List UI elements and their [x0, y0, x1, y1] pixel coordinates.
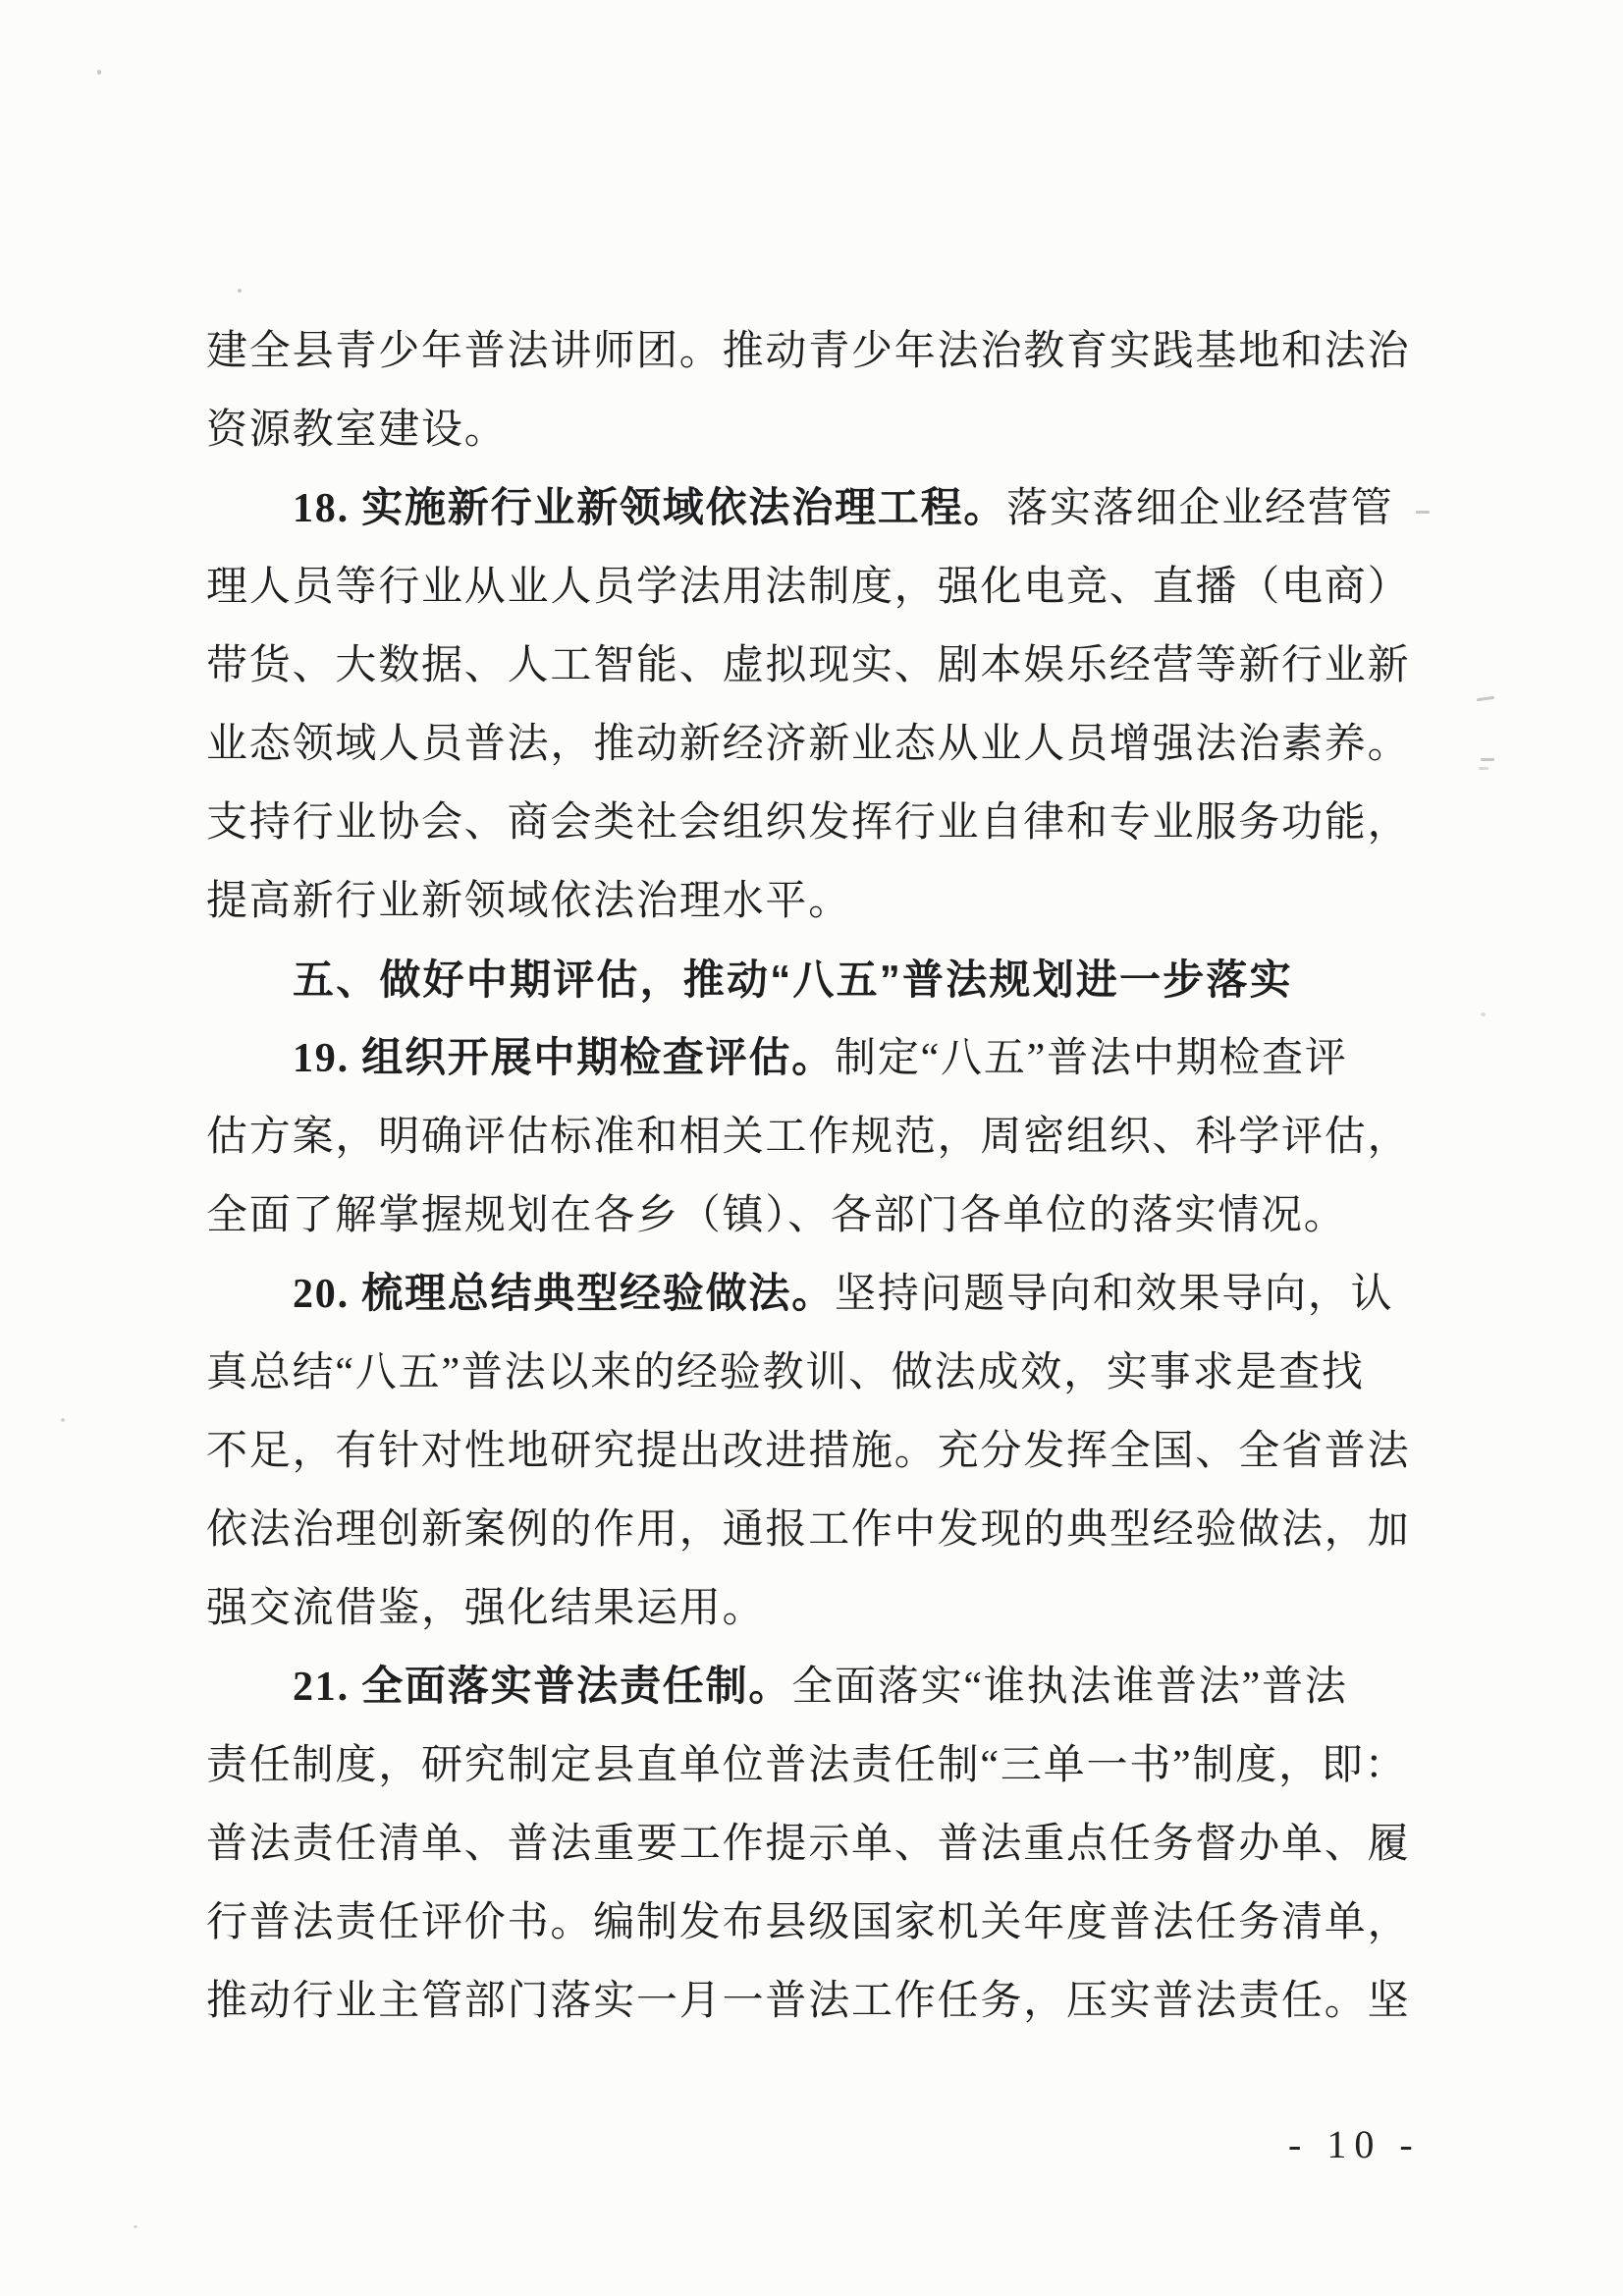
text-line-paragraph-start: 21. 全面落实普法责任制。全面落实“谁执法谁普法”普法	[206, 1648, 1424, 1726]
text-line: 支持行业协会、商会类社会组织发挥行业自律和专业服务功能，	[206, 784, 1424, 862]
text-line: 强交流借鉴，强化结果运用。	[206, 1569, 1424, 1648]
scan-speck	[1481, 1012, 1486, 1016]
paragraph-lead-20: 20. 梳理总结典型经验做法。	[293, 1272, 835, 1317]
line-text: 建全县青少年普法讲师团。推动青少年法治教育实践基地和法治	[206, 329, 1410, 374]
line-text: 真总结“八五”普法以来的经验教训、做法成效，实事求是查找	[206, 1350, 1365, 1395]
line-text: 带货、大数据、人工智能、虚拟现实、剧本娱乐经营等新行业新	[206, 643, 1410, 688]
text-line-paragraph-start: 19. 组织开展中期检查评估。制定“八五”普法中期检查评	[206, 1019, 1424, 1098]
scanned-document-page: 建全县青少年普法讲师团。推动青少年法治教育实践基地和法治 资源教室建设。 18.…	[0, 0, 1623, 2296]
line-text: 依法治理创新案例的作用，通报工作中发现的典型经验做法，加	[206, 1507, 1410, 1553]
line-text: 制定“八五”普法中期检查评	[835, 1036, 1348, 1081]
scan-speck	[238, 289, 242, 293]
scan-speck	[61, 1418, 65, 1422]
line-text: 全面落实“谁执法谁普法”普法	[791, 1665, 1347, 1710]
paragraph-lead-19: 19. 组织开展中期检查评估。	[293, 1036, 835, 1081]
line-text: 支持行业协会、商会类社会组织发挥行业自律和专业服务功能，	[206, 800, 1410, 846]
text-line: 依法治理创新案例的作用，通报工作中发现的典型经验做法，加	[206, 1491, 1424, 1569]
text-line: 责任制度，研究制定县直单位普法责任制“三单一书”制度，即：	[206, 1726, 1424, 1805]
line-text: 坚持问题导向和效果导向，认	[835, 1272, 1393, 1317]
text-line: 推动行业主管部门落实一月一普法工作任务，压实普法责任。坚	[206, 1962, 1424, 2041]
text-line: 全面了解掌握规划在各乡（镇）、各部门各单位的落实情况。	[206, 1176, 1424, 1255]
text-line: 业态领域人员普法，推动新经济新业态从业人员增强法治素养。	[206, 705, 1424, 784]
scan-speck	[1481, 758, 1494, 761]
section-heading-text: 五、做好中期评估，推动“八五”普法规划进一步落实	[293, 957, 1293, 1003]
text-line: 理人员等行业从业人员学法用法制度，强化电竞、直播（电商）	[206, 548, 1424, 627]
line-text: 理人员等行业从业人员学法用法制度，强化电竞、直播（电商）	[206, 565, 1410, 610]
scan-speck	[1479, 767, 1488, 770]
line-text: 责任制度，研究制定县直单位普法责任制“三单一书”制度，即：	[206, 1743, 1408, 1788]
scan-speck	[97, 70, 101, 75]
paragraph-lead-21: 21. 全面落实普法责任制。	[293, 1665, 791, 1710]
line-text: 资源教室建设。	[206, 408, 508, 453]
line-text: 提高新行业新领域依法治理水平。	[206, 879, 851, 924]
line-text: 普法责任清单、普法重要工作提示单、普法重点任务督办单、履	[206, 1822, 1410, 1867]
paragraph-lead-18: 18. 实施新行业新领域依法治理工程。	[293, 486, 1006, 531]
text-line: 不足，有针对性地研究提出改进措施。充分发挥全国、全省普法	[206, 1412, 1424, 1491]
text-line-paragraph-start: 20. 梳理总结典型经验做法。坚持问题导向和效果导向，认	[206, 1255, 1424, 1334]
text-line: 普法责任清单、普法重要工作提示单、普法重点任务督办单、履	[206, 1805, 1424, 1884]
scan-speck	[134, 2225, 137, 2228]
scan-speck	[1477, 696, 1494, 701]
text-line: 行普法责任评价书。编制发布县级国家机关年度普法任务清单，	[206, 1884, 1424, 1962]
text-line: 提高新行业新领域依法治理水平。	[206, 862, 1424, 941]
line-text: 不足，有针对性地研究提出改进措施。充分发挥全国、全省普法	[206, 1429, 1410, 1474]
text-line: 真总结“八五”普法以来的经验教训、做法成效，实事求是查找	[206, 1334, 1424, 1412]
line-text: 估方案，明确评估标准和相关工作规范，周密组织、科学评估，	[206, 1115, 1410, 1160]
text-line: 估方案，明确评估标准和相关工作规范，周密组织、科学评估，	[206, 1098, 1424, 1176]
document-text-block: 建全县青少年普法讲师团。推动青少年法治教育实践基地和法治 资源教室建设。 18.…	[206, 312, 1424, 2041]
line-text: 推动行业主管部门落实一月一普法工作任务，压实普法责任。坚	[206, 1979, 1410, 2024]
text-line: 带货、大数据、人工智能、虚拟现实、剧本娱乐经营等新行业新	[206, 627, 1424, 705]
line-text: 行普法责任评价书。编制发布县级国家机关年度普法任务清单，	[206, 1900, 1410, 1945]
line-text: 全面了解掌握规划在各乡（镇）、各部门各单位的落实情况。	[206, 1193, 1347, 1238]
page-number: - 10 -	[1288, 2121, 1426, 2167]
line-text: 业态领域人员普法，推动新经济新业态从业人员增强法治素养。	[206, 722, 1410, 767]
section-heading-5: 五、做好中期评估，推动“八五”普法规划进一步落实	[206, 941, 1424, 1019]
line-text: 强交流借鉴，强化结果运用。	[206, 1586, 765, 1631]
text-line: 资源教室建设。	[206, 391, 1424, 469]
text-line: 建全县青少年普法讲师团。推动青少年法治教育实践基地和法治	[206, 312, 1424, 391]
scan-speck	[1416, 511, 1430, 514]
text-line-paragraph-start: 18. 实施新行业新领域依法治理工程。落实落细企业经营管	[206, 469, 1424, 548]
line-text: 落实落细企业经营管	[1006, 486, 1393, 531]
